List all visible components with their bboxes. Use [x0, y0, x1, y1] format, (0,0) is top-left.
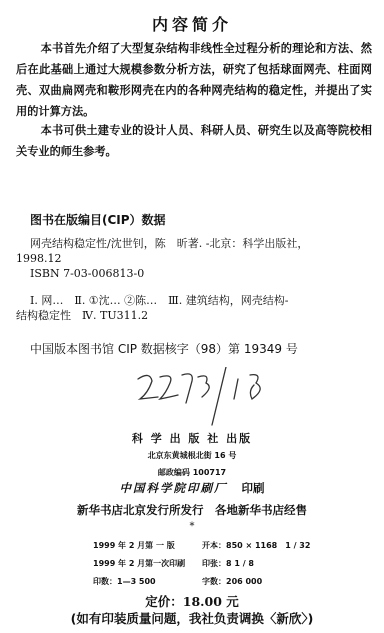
publisher-postcode: 邮政编码 100717	[0, 467, 384, 478]
summary-paragraph-2: 本书可供土建专业的设计人员、科研人员、研究生以及高等院校相关专业的师生参考。	[16, 120, 372, 162]
page-title: 内容简介	[0, 12, 384, 35]
publisher-address: 北京东黄城根北街 16 号	[0, 450, 384, 461]
spec-sheets: 印张：8 1 / 8	[202, 558, 254, 569]
cip-classification-1: Ⅰ. 网… Ⅱ. ①沈… ②陈… Ⅲ. 建筑结构，网壳结构-	[16, 293, 356, 308]
cip-title-line: 网壳结构稳定性/沈世钊，陈 昕著. -北京：科学出版社，	[16, 236, 356, 251]
cip-record-number: 中国版本图书馆 CIP 数据核字（98）第 19349 号	[30, 340, 298, 357]
cip-classification-2: 结构稳定性 Ⅳ. TU311.2	[16, 308, 356, 323]
spec-words: 字数：206 000	[202, 576, 262, 587]
cip-date-line: 1998.12	[16, 251, 356, 266]
printer-suffix: 印刷	[242, 481, 265, 495]
spec-printing: 1999 年 2 月第一次印刷	[93, 558, 185, 569]
handwritten-mark	[130, 367, 270, 427]
summary-paragraph-1: 本书首先介绍了大型复杂结构非线性全过程分析的理论和方法、然后在此基础上通过大规模…	[16, 38, 372, 122]
quality-note: (如有印装质量问题，我社负责调换〈新欣〉)	[0, 609, 384, 627]
cip-heading: 图书在版编目(CIP）数据	[30, 211, 166, 228]
separator: *	[0, 521, 384, 532]
printer-name: 中国科学院印刷厂	[120, 481, 228, 495]
printer-line: 中国科学院印刷厂印刷	[0, 480, 384, 496]
publisher-name: 科 学 出 版 社 出版	[0, 430, 384, 446]
cip-block: 网壳结构稳定性/沈世钊，陈 昕著. -北京：科学出版社， 1998.12 ISB…	[16, 236, 356, 323]
cip-isbn: ISBN 7-03-006813-0	[16, 266, 356, 281]
spec-edition: 1999 年 2 月第 一 版	[93, 540, 175, 551]
spec-format: 开本：850 × 1168 1 / 32	[202, 540, 310, 551]
price: 定价：18.00 元	[0, 592, 384, 610]
spec-copies: 印数：1—3 500	[93, 576, 156, 587]
distribution-line: 新华书店北京发行所发行 各地新华书店经售	[0, 502, 384, 518]
